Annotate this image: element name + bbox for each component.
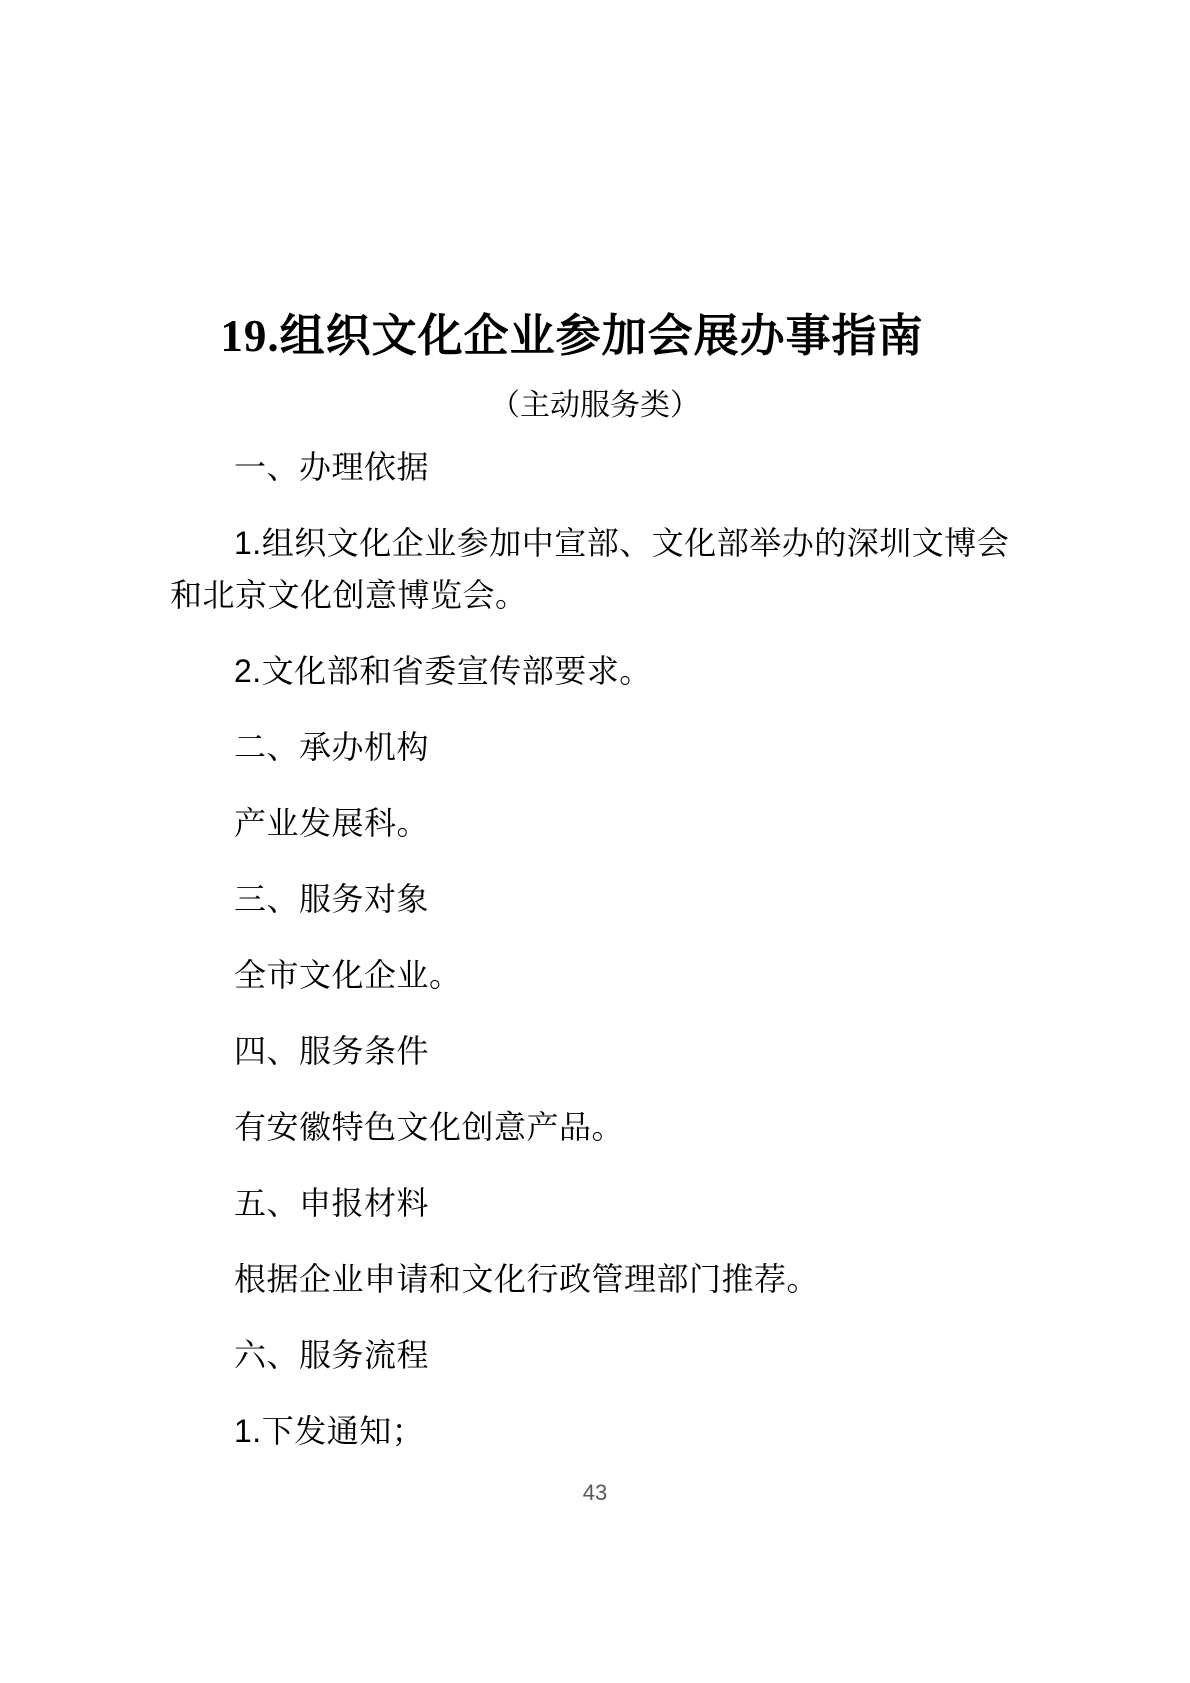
section-heading-4: 四、服务条件 — [170, 1025, 1020, 1077]
paragraph-application-materials: 根据企业申请和文化行政管理部门推荐。 — [170, 1253, 1020, 1305]
document-page: 19.组织文化企业参加会展办事指南 （主动服务类） 一、办理依据 1.组织文化企… — [0, 0, 1190, 1683]
section-heading-5: 五、申报材料 — [170, 1177, 1020, 1229]
paragraph-process-step-1: 1.下发通知； — [170, 1405, 1020, 1457]
section-heading-3: 三、服务对象 — [170, 873, 1020, 925]
paragraph-undertaking-agency: 产业发展科。 — [170, 797, 1020, 849]
paragraph-basis-item-1: 1.组织文化企业参加中宣部、文化部举办的深圳文博会 和北京文化创意博览会。 — [170, 517, 1020, 621]
paragraph-basis-item-1-line-2: 和北京文化创意博览会。 — [170, 569, 1020, 621]
paragraph-basis-item-2: 2.文化部和省委宣传部要求。 — [170, 645, 1020, 697]
paragraph-basis-item-1-line-1: 1.组织文化企业参加中宣部、文化部举办的深圳文博会 — [170, 517, 1020, 569]
paragraph-service-target: 全市文化企业。 — [170, 949, 1020, 1001]
section-heading-2: 二、承办机构 — [170, 721, 1020, 773]
section-heading-6: 六、服务流程 — [170, 1329, 1020, 1381]
document-body: 一、办理依据 1.组织文化企业参加中宣部、文化部举办的深圳文博会 和北京文化创意… — [170, 441, 1020, 1457]
page-number: 43 — [0, 1480, 1190, 1506]
paragraph-service-condition: 有安徽特色文化创意产品。 — [170, 1101, 1020, 1153]
page-title: 19.组织文化企业参加会展办事指南 — [0, 0, 1144, 364]
page-subtitle: （主动服务类） — [0, 386, 1190, 426]
section-heading-1: 一、办理依据 — [170, 441, 1020, 493]
